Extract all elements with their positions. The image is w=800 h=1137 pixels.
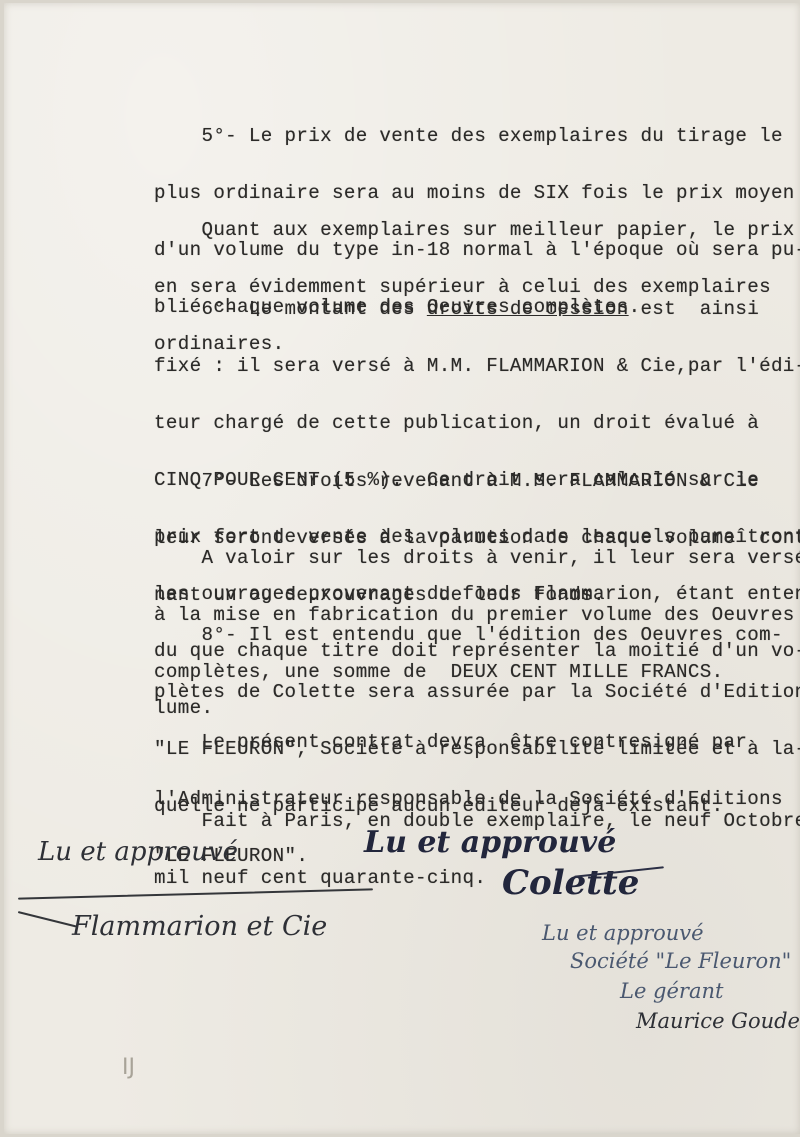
fleuron-signature: Maurice Goudeket <box>636 1009 800 1033</box>
text-line: 8°- Il est entendu que l'édition des Oeu… <box>154 626 800 645</box>
flammarion-signature: Flammarion et Cie <box>72 911 327 942</box>
document-page: 5°- Le prix de vente des exemplaires du … <box>4 3 800 1134</box>
margin-mark: IJ <box>122 1055 135 1080</box>
colette-approval: Lu et approuvé <box>364 825 616 860</box>
text-line: mil neuf cent quarante-cinq. <box>154 869 800 888</box>
text-line: 5°- Le prix de vente des exemplaires du … <box>154 127 800 146</box>
text-line: A valoir sur les droits à venir, il leur… <box>154 549 800 568</box>
signature-flourish <box>18 911 77 927</box>
text-line: 6°- Le montant des droits de cession est… <box>154 300 800 319</box>
text-line: fixé : il sera versé à M.M. FLAMMARION &… <box>154 357 800 376</box>
flammarion-approval: Lu et approuvé <box>38 837 238 867</box>
colette-signature: Colette <box>502 863 639 903</box>
text-line: 7°- Les droits revenant à M.M. FLAMMARIO… <box>154 472 800 491</box>
text-line: Le présent contrat devra être contresign… <box>154 733 783 752</box>
text-line: Quant aux exemplaires sur meilleur papie… <box>154 221 795 240</box>
fleuron-role: Le gérant <box>620 979 723 1003</box>
text-line: teur chargé de cette publication, un dro… <box>154 414 800 433</box>
fleuron-company: Société "Le Fleuron" <box>570 949 791 973</box>
fleuron-approval: Lu et approuvé <box>542 921 704 945</box>
